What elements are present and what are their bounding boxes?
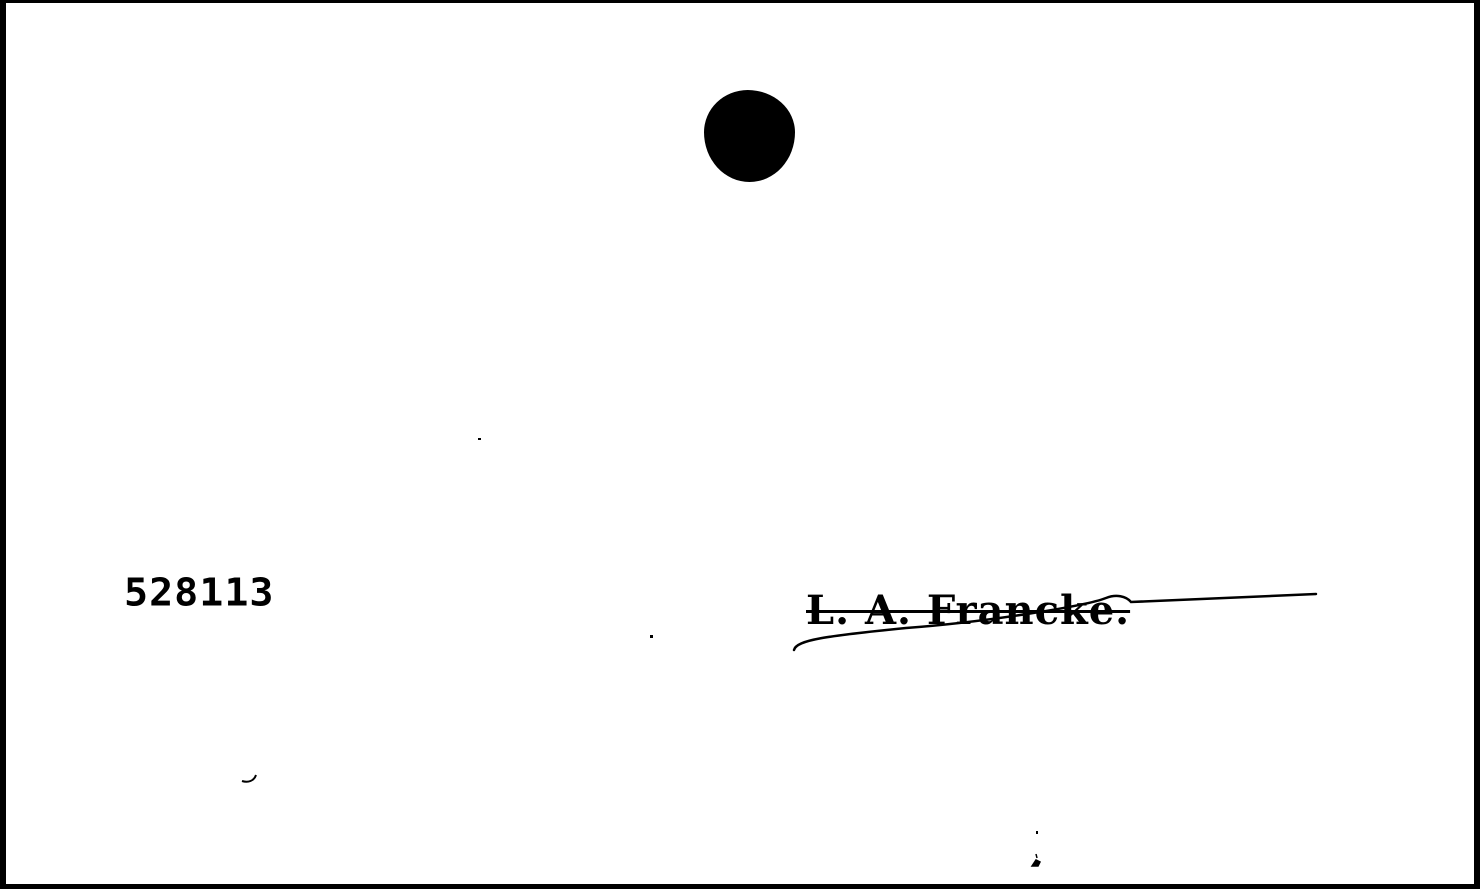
speck [650,635,653,638]
ink-blot [1026,848,1046,870]
punch-hole [704,90,795,182]
typed-name: L. A. Francke. [806,591,1130,631]
card-number: 528113 [124,574,275,612]
index-card: 528113 L. A. Francke. [6,3,1474,884]
speck [478,438,481,440]
stray-mark [240,771,262,785]
speck [1036,831,1038,834]
